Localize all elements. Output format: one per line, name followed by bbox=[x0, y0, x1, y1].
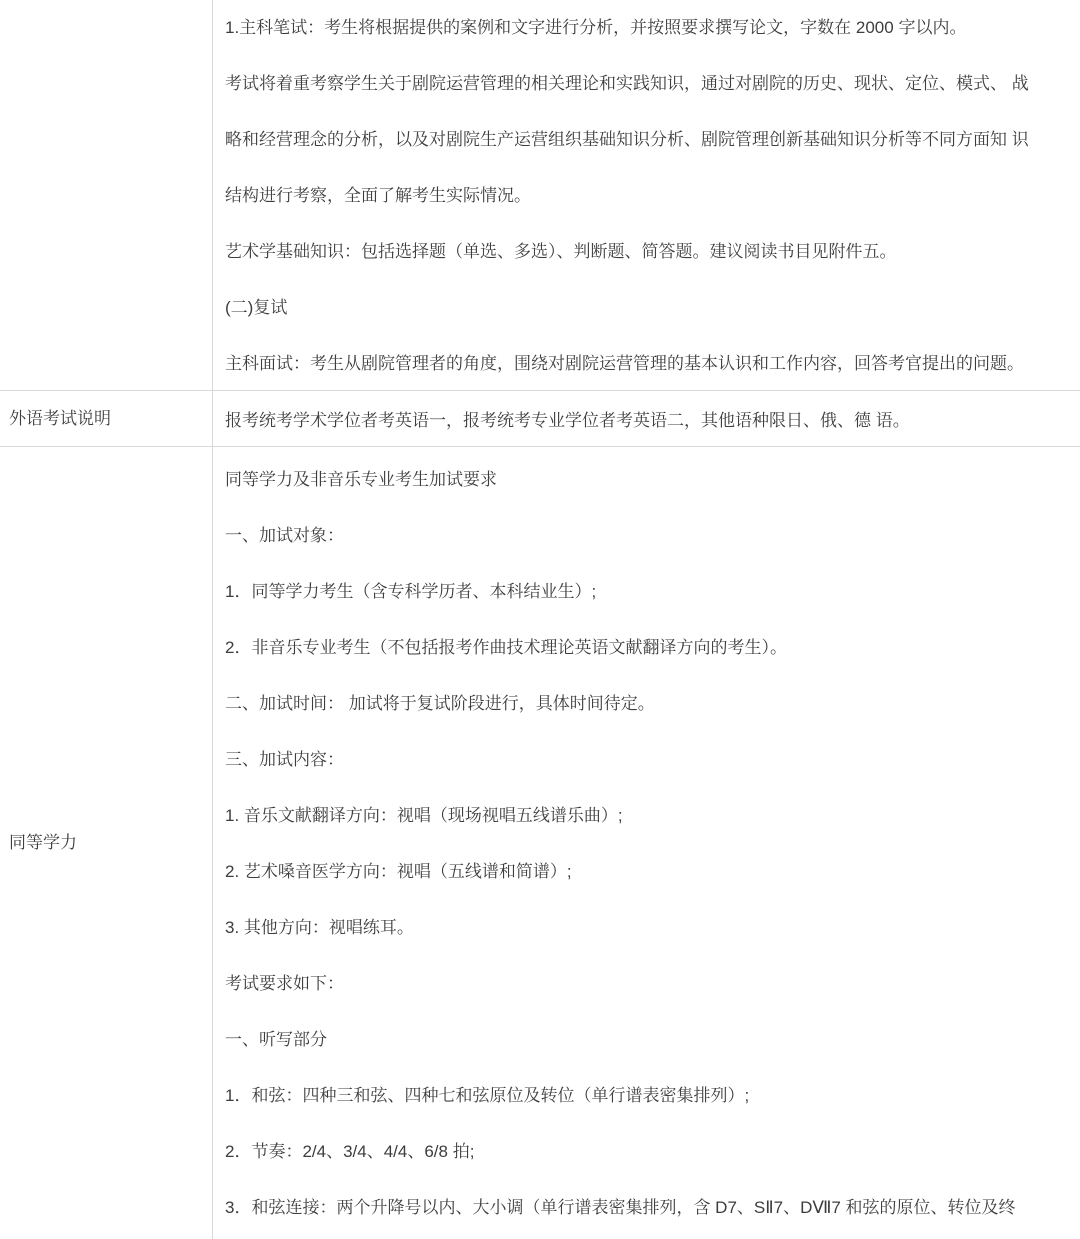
content-lines: 1.主科笔试：考生将根据提供的案例和文字进行分析，并按照要求撰写论文，字数在 2… bbox=[225, 0, 1072, 378]
text-line: 考试要求如下： bbox=[225, 970, 1072, 998]
text-line: 1.主科笔试：考生将根据提供的案例和文字进行分析，并按照要求撰写论文，字数在 2… bbox=[225, 14, 1072, 42]
text-line: 结构进行考察，全面了解考生实际情况。 bbox=[225, 182, 1072, 210]
row-label: 同等学力 bbox=[9, 831, 77, 855]
text-line: 2. 艺术嗓音医学方向：视唱（五线谱和简谱）; bbox=[225, 858, 1072, 886]
text-line: (二)复试 bbox=[225, 294, 1072, 322]
text-line: 2．节奏：2/4、3/4、4/4、6/8 拍; bbox=[225, 1138, 1072, 1166]
row-content-cell: 同等学力及非音乐专业考生加试要求一、加试对象：1．同等学力考生（含专科学历者、本… bbox=[213, 447, 1080, 1239]
text-line: 考试将着重考察学生关于剧院运营管理的相关理论和实践知识，通过对剧院的历史、现状、… bbox=[225, 70, 1072, 98]
content-line: 报考统考学术学位者考英语一，报考统考专业学位者考英语二，其他语种限日、俄、德 语… bbox=[225, 391, 1072, 446]
text-line: 一、加试对象： bbox=[225, 522, 1072, 550]
text-line: 1．同等学力考生（含专科学历者、本科结业生）; bbox=[225, 578, 1072, 606]
text-line: 2．非音乐专业考生（不包括报考作曲技术理论英语文献翻译方向的考生）。 bbox=[225, 634, 1072, 662]
row-content-cell: 报考统考学术学位者考英语一，报考统考专业学位者考英语二，其他语种限日、俄、德 语… bbox=[213, 391, 1080, 446]
text-line: 主科面试：考生从剧院管理者的角度，围绕对剧院运营管理的基本认识和工作内容，回答考… bbox=[225, 350, 1072, 378]
text-line: 艺术学基础知识：包括选择题（单选、多选）、判断题、简答题。建议阅读书目见附件五。 bbox=[225, 238, 1072, 266]
row-content-cell: 1.主科笔试：考生将根据提供的案例和文字进行分析，并按照要求撰写论文，字数在 2… bbox=[213, 0, 1080, 390]
row-label-cell: 外语考试说明 bbox=[0, 391, 213, 446]
row-label-cell: 同等学力 bbox=[0, 447, 213, 1239]
table-row-exam-subjects: 1.主科笔试：考生将根据提供的案例和文字进行分析，并按照要求撰写论文，字数在 2… bbox=[0, 0, 1080, 391]
text-line: 三、加试内容： bbox=[225, 746, 1072, 774]
row-label-cell-empty bbox=[0, 0, 213, 390]
row-label: 外语考试说明 bbox=[9, 407, 111, 431]
exam-info-table: 1.主科笔试：考生将根据提供的案例和文字进行分析，并按照要求撰写论文，字数在 2… bbox=[0, 0, 1080, 1239]
text-line: 3. 其他方向：视唱练耳。 bbox=[225, 914, 1072, 942]
text-line: 一、听写部分 bbox=[225, 1026, 1072, 1054]
content-lines: 同等学力及非音乐专业考生加试要求一、加试对象：1．同等学力考生（含专科学历者、本… bbox=[225, 447, 1072, 1222]
text-line: 3．和弦连接：两个升降号以内、大小调（单行谱表密集排列，含 D7、SⅡ7、DⅦ7… bbox=[225, 1194, 1072, 1222]
table-row-equivalent-education: 同等学力 同等学力及非音乐专业考生加试要求一、加试对象：1．同等学力考生（含专科… bbox=[0, 447, 1080, 1239]
text-line: 1. 音乐文献翻译方向：视唱（现场视唱五线谱乐曲）; bbox=[225, 802, 1072, 830]
text-line: 略和经营理念的分析，以及对剧院生产运营组织基础知识分析、剧院管理创新基础知识分析… bbox=[225, 126, 1072, 154]
text-line: 1．和弦：四种三和弦、四种七和弦原位及转位（单行谱表密集排列）; bbox=[225, 1082, 1072, 1110]
text-line: 同等学力及非音乐专业考生加试要求 bbox=[225, 466, 1072, 494]
table-row-foreign-language: 外语考试说明 报考统考学术学位者考英语一，报考统考专业学位者考英语二，其他语种限… bbox=[0, 391, 1080, 447]
text-line: 二、加试时间： 加试将于复试阶段进行，具体时间待定。 bbox=[225, 690, 1072, 718]
